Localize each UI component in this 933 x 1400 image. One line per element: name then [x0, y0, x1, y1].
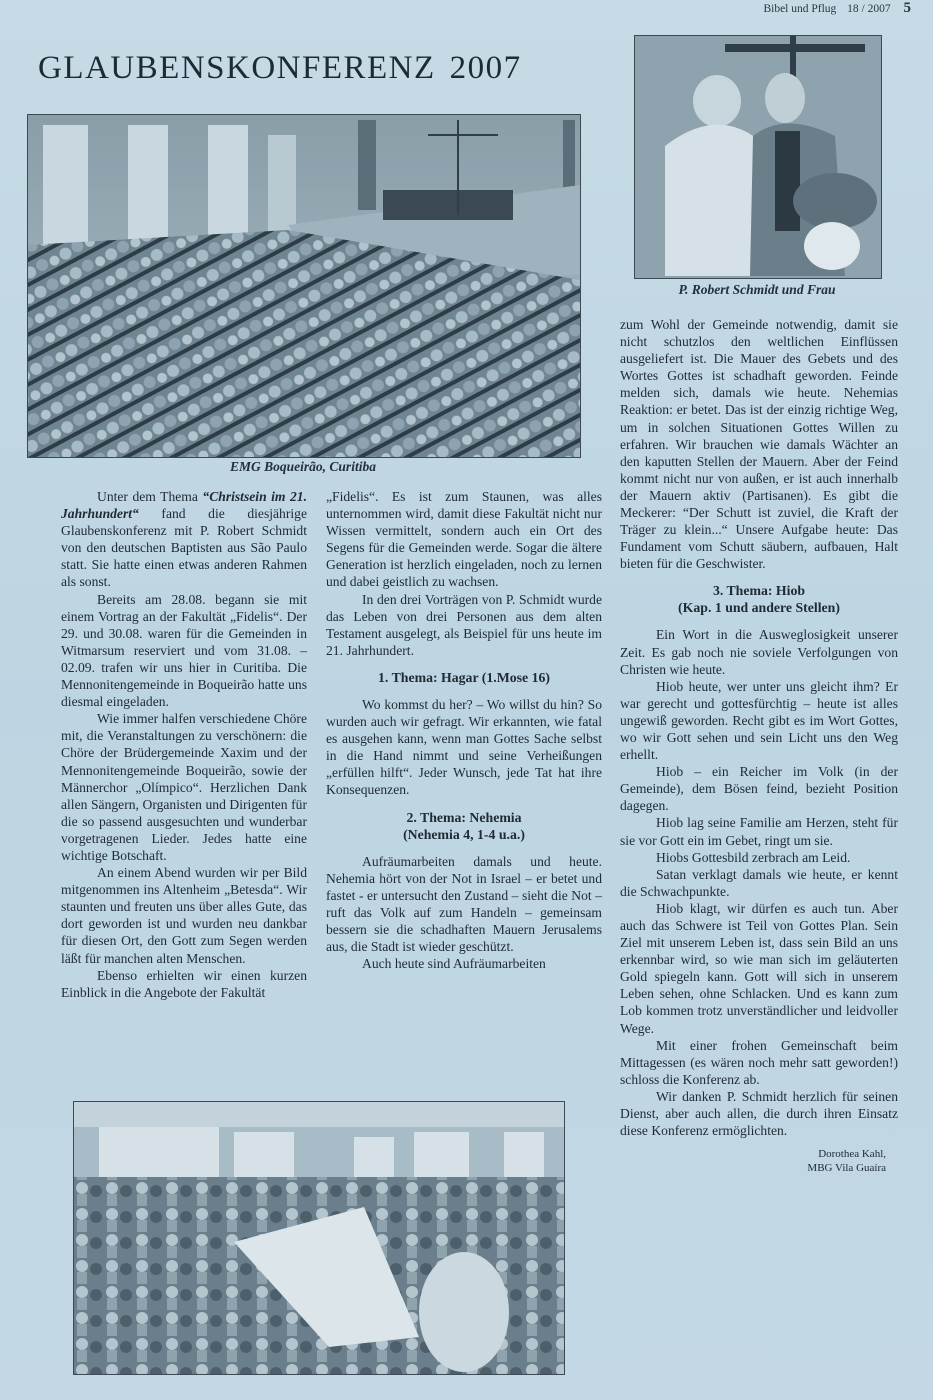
- paragraph: Ein Wort in die Ausweglosigkeit unserer …: [620, 626, 898, 677]
- section-heading-nehemia: 2. Thema: Nehemia(Nehemia 4, 1-4 u.a.): [326, 809, 602, 843]
- heading-line: 3. Thema: Hiob: [713, 583, 805, 598]
- paragraph: Bereits am 28.08. begann sie mit einem V…: [61, 591, 307, 711]
- paragraph: Unter dem Thema “Christsein im 21. Jahrh…: [61, 488, 307, 591]
- article-column-left: Unter dem Thema “Christsein im 21. Jahrh…: [61, 488, 307, 1001]
- photo-church-congregation-icon: [27, 114, 581, 458]
- paragraph: zum Wohl der Gemeinde notwendig, damit s…: [620, 316, 898, 572]
- photo-dining-hall-icon: [73, 1101, 565, 1375]
- issue-number: 18 / 2007: [847, 3, 890, 15]
- heading-line: (Kap. 1 und andere Stellen): [678, 600, 840, 615]
- section-heading-hiob: 3. Thema: Hiob(Kap. 1 und andere Stellen…: [620, 582, 898, 616]
- heading-line: (Nehemia 4, 1-4 u.a.): [403, 827, 525, 842]
- author-signature: Dorothea Kahl, MBG Vila Guaíra: [620, 1147, 898, 1175]
- paragraph: Mit einer frohen Gemeinschaft beim Mitta…: [620, 1037, 898, 1088]
- photo-caption-church: EMG Boqueirão, Curitiba: [27, 459, 579, 475]
- article-title: GLAUBENSKONFERENZ2007: [38, 50, 522, 87]
- paragraph: „Fidelis“. Es ist zum Staunen, was alles…: [326, 488, 602, 591]
- paragraph: Wir danken P. Schmidt herzlich für seine…: [620, 1088, 898, 1139]
- magazine-page: Bibel und Pflug 18 / 2007 5 GLAUBENSKONF…: [0, 0, 933, 1400]
- paragraph: Hiobs Gottesbild zerbrach am Leid.: [620, 849, 898, 866]
- paragraph: Hiob heute, wer unter uns gleicht ihm? E…: [620, 678, 898, 763]
- running-header: Bibel und Pflug 18 / 2007 5: [763, 0, 911, 18]
- paragraph: In den drei Vorträgen von P. Schmidt wur…: [326, 591, 602, 659]
- author-organization: MBG Vila Guaíra: [620, 1161, 886, 1175]
- article-column-middle: „Fidelis“. Es ist zum Staunen, was alles…: [326, 488, 602, 972]
- paragraph: Hiob klagt, wir dürfen es auch tun. Aber…: [620, 900, 898, 1037]
- publication-name: Bibel und Pflug: [763, 3, 836, 15]
- paragraph: Aufräumarbeiten damals und heute. Nehemi…: [326, 853, 602, 956]
- paragraph: Ebenso erhielten wir einen kurzen Einbli…: [61, 967, 307, 1001]
- paragraph: An einem Abend wurden wir per Bild mitge…: [61, 864, 307, 967]
- paragraph: Auch heute sind Aufräumarbeiten: [326, 955, 602, 972]
- title-text: GLAUBENSKONFERENZ: [38, 50, 436, 86]
- paragraph: Wo kommst du her? – Wo willst du hin? So…: [326, 696, 602, 799]
- section-heading-hagar: 1. Thema: Hagar (1.Mose 16): [326, 669, 602, 686]
- author-name: Dorothea Kahl,: [620, 1147, 886, 1161]
- paragraph: Hiob – ein Reicher im Volk (in der Gemei…: [620, 763, 898, 814]
- heading-line: 2. Thema: Nehemia: [406, 810, 521, 825]
- text: Unter dem Thema: [97, 489, 202, 504]
- page-number: 5: [904, 0, 912, 16]
- photo-couple-portrait-icon: [634, 35, 882, 279]
- paragraph: Hiob lag seine Familie am Herzen, steht …: [620, 814, 898, 848]
- paragraph: Wie immer halfen verschiedene Chöre mit,…: [61, 710, 307, 864]
- paragraph: Satan verklagt damals wie heute, er kenn…: [620, 866, 898, 900]
- article-column-right: zum Wohl der Gemeinde notwendig, damit s…: [620, 316, 898, 1175]
- photo-caption-couple: P. Robert Schmidt und Frau: [634, 282, 880, 298]
- title-year: 2007: [450, 50, 522, 86]
